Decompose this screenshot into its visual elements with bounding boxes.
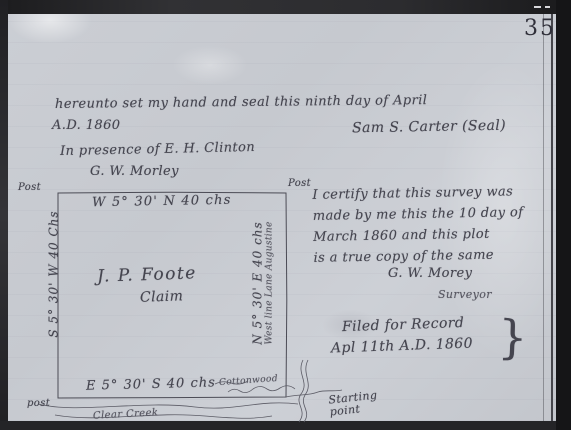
book-page-edge-line (543, 14, 544, 421)
scan-border-right (556, 0, 571, 430)
east-bearing-text: N 5° 30' E 40 chs (251, 191, 265, 376)
scan-artifact-dash (545, 6, 550, 8)
page-number: 35 (524, 16, 556, 41)
starting-point-label: Starting point (328, 390, 379, 419)
post-marker-top-left: Post (18, 182, 41, 193)
east-boundary-bearing: N 5° 30' E 40 chs West line Lane Augusti… (251, 191, 275, 376)
certificate-line-2: made by me this the 10 day of (313, 202, 524, 227)
witness-line-2: G. W. Morley (90, 164, 179, 179)
scan-border-bottom (0, 421, 571, 430)
filing-brace: } (497, 309, 529, 364)
surveyor-signature: G. W. Morey (388, 266, 472, 281)
scanned-record-page: 35 hereunto set my hand and seal this ni… (0, 0, 571, 430)
claim-owner-name: J. P. Foote (97, 263, 197, 286)
surveyor-certificate: I certify that this survey was made by m… (312, 181, 524, 269)
claim-label: Claim (140, 288, 184, 306)
scan-artifact-dash (534, 6, 541, 8)
book-page-edge-shadow (551, 14, 553, 421)
north-boundary-bearing: W 5° 30' N 40 chs (92, 193, 232, 210)
east-adjoiner-note: West line Lane Augustine (265, 191, 275, 376)
scan-border-top (0, 0, 571, 14)
oath-line-2: A.D. 1860 (52, 118, 120, 133)
post-marker-top-right: Post (288, 178, 311, 189)
post-marker-bottom-left: post (27, 398, 50, 409)
scan-border-left (0, 0, 8, 430)
claimant-signature: Sam S. Carter (Seal) (352, 118, 506, 137)
west-boundary-bearing: S 5° 30' W 40 Chs (47, 197, 61, 352)
surveyor-role: Surveyor (438, 288, 492, 301)
